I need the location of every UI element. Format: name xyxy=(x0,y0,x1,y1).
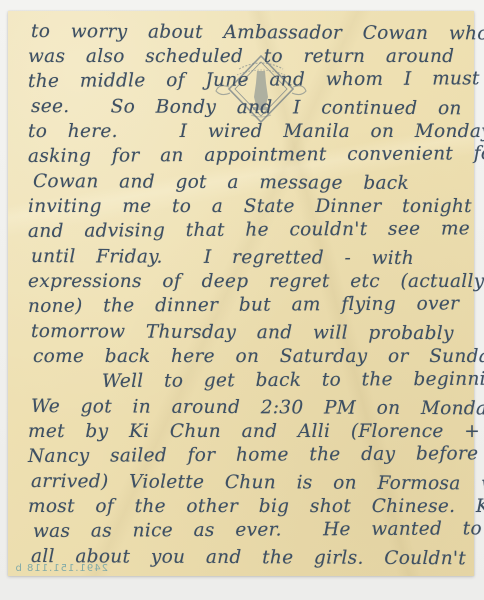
handwritten-line: and advising that he couldn't see me xyxy=(28,216,468,244)
letter-page: to worry about Ambassador Cowan who was … xyxy=(8,11,474,576)
letter-body: to worry about Ambassador Cowan who was … xyxy=(28,19,468,569)
scan-background: to worry about Ambassador Cowan who was … xyxy=(0,0,484,600)
handwritten-line: the middle of June and whom I must xyxy=(28,66,468,94)
handwritten-line: until Friday. I regretted - with xyxy=(31,244,468,271)
handwritten-line: was also scheduled to return around xyxy=(28,44,468,69)
handwritten-line: arrived) Violette Chun is on Formosa wit… xyxy=(31,469,468,496)
handwritten-line: most of the other big shot Chinese. Ki xyxy=(28,494,468,519)
handwritten-line: Well to get back to the beginning. xyxy=(102,367,468,394)
handwritten-line: Nancy sailed for home the day before we xyxy=(28,441,468,469)
handwritten-line: see. So Bondy and I continued on xyxy=(31,94,468,121)
handwritten-line: to here. I wired Manila on Monday xyxy=(28,119,468,144)
handwritten-line: met by Ki Chun and Alli (Florence + xyxy=(28,419,468,444)
handwritten-line: none) the dinner but am flying over xyxy=(28,291,468,319)
handwritten-line: was as nice as ever. He wanted to know xyxy=(33,516,468,544)
handwritten-line: tomorrow Thursday and will probably xyxy=(31,319,468,346)
catalog-number-mirrored: 2491.151.118 b xyxy=(14,563,108,574)
handwritten-line: expressions of deep regret etc (actually xyxy=(28,269,468,294)
handwritten-line: Cowan and got a message back xyxy=(33,169,468,196)
handwritten-line: to worry about Ambassador Cowan who xyxy=(31,19,468,46)
handwritten-line: We got in around 2:30 PM on Monday xyxy=(31,394,468,421)
handwritten-line: come back here on Saturday or Sunday. xyxy=(33,344,468,369)
handwritten-line: asking for an appointment convenient for xyxy=(28,141,468,169)
handwritten-line: inviting me to a State Dinner tonight xyxy=(28,194,468,219)
